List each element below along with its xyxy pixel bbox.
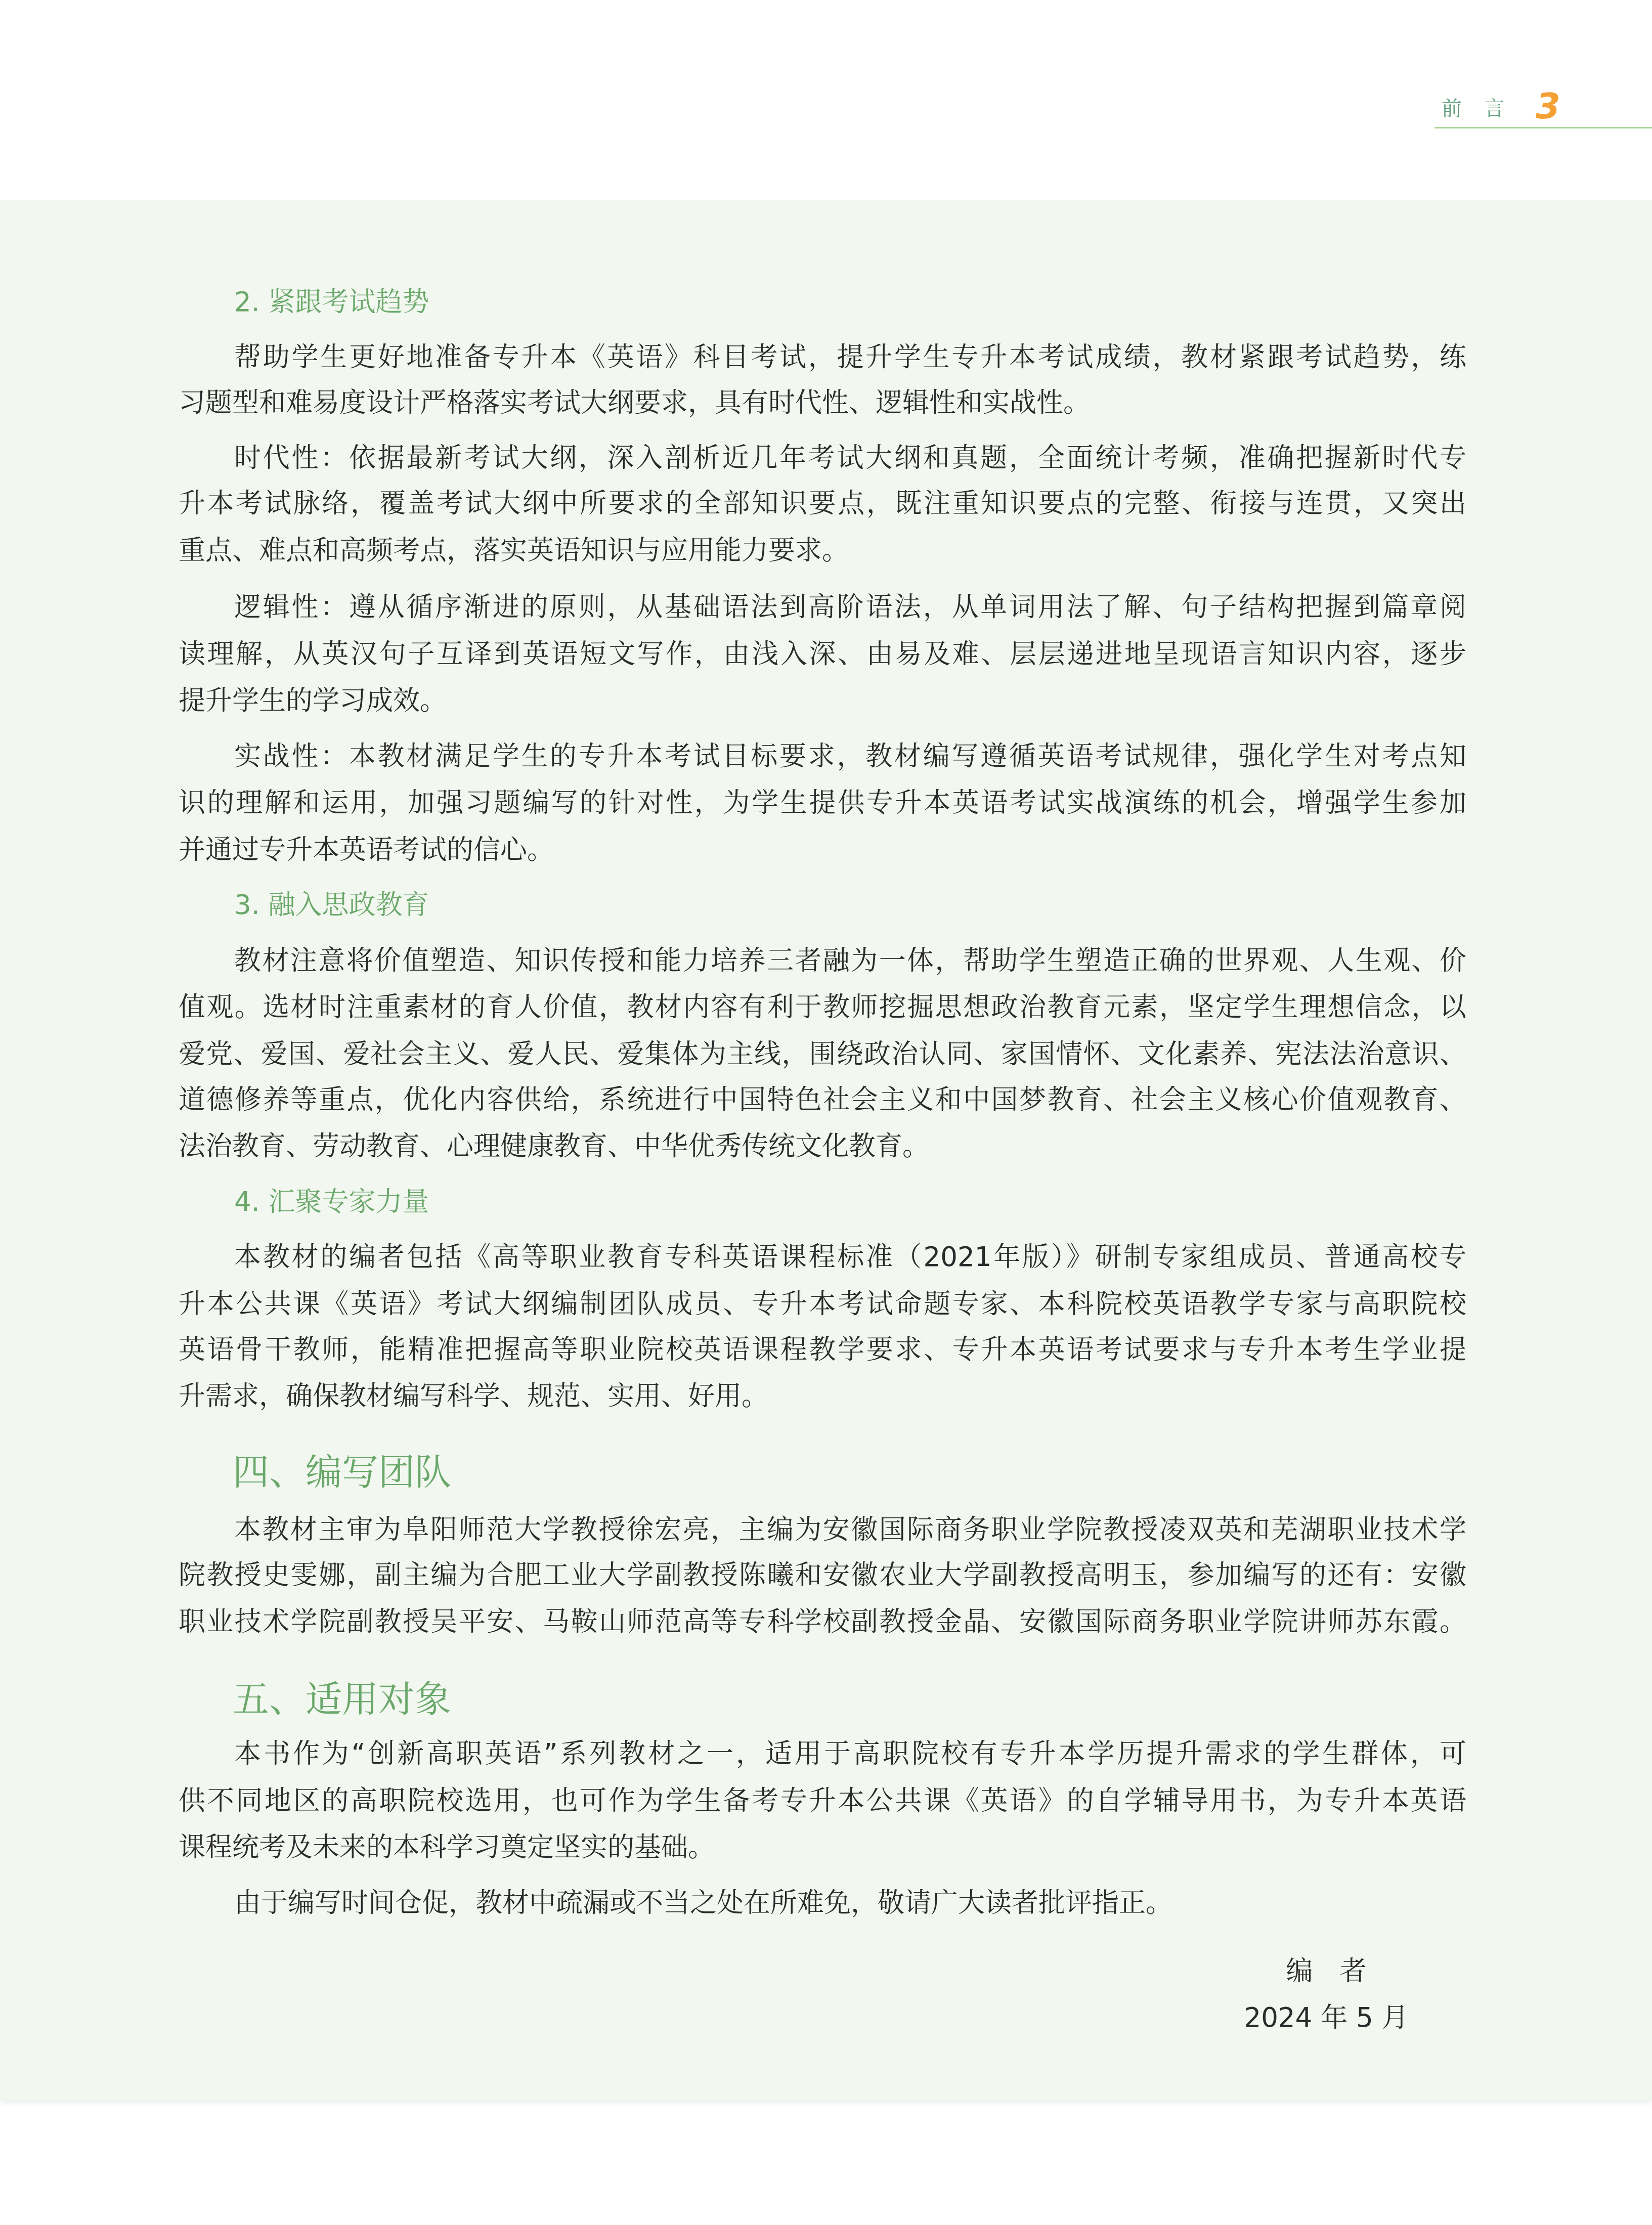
paragraph-line: 逻辑性：遵从循序渐进的原则，从基础语法到高阶语法，从单词用法了解、句子结构把握到… xyxy=(234,592,1466,623)
paragraph-line: 帮助学生更好地准备专升本《英语》科目考试，提升学生专升本考试成绩，教材紧跟考试趋… xyxy=(234,342,1466,373)
paragraph-line: 时代性：依据最新考试大纲，深入剖析近几年考试大纲和真题，全面统计考频，准确把握新… xyxy=(234,443,1466,473)
paragraph-line: 识的理解和运用，加强习题编写的针对性，为学生提供专升本英语考试实战演练的机会，增… xyxy=(179,788,1466,818)
header-section-title: 前言 xyxy=(1442,96,1527,121)
paragraph-line: 由于编写时间仓促，教材中疏漏或不当之处在所难免，敬请广大读者批评指正。 xyxy=(234,1888,1466,1918)
paragraph-line: 升需求，确保教材编写科学、规范、实用、好用。 xyxy=(179,1381,1466,1412)
subheading-ideology: 3. 融入思政教育 xyxy=(234,890,429,921)
signature-date: 2024 年 5 月 xyxy=(1225,2003,1427,2033)
paragraph-line: 本教材的编者包括《高等职业教育专科英语课程标准（2021年版）》研制专家组成员、… xyxy=(234,1242,1466,1273)
heading-target-audience: 五、适用对象 xyxy=(233,1679,451,1719)
paragraph-line: 供不同地区的高职院校选用，也可作为学生备考专升本公共课《英语》的自学辅导用书，为… xyxy=(179,1786,1466,1816)
header-rule xyxy=(1434,127,1652,128)
subheading-experts: 4. 汇聚专家力量 xyxy=(234,1187,429,1217)
paragraph-line: 本书作为“创新高职英语”系列教材之一，适用于高职院校有专升本学历提升需求的学生群… xyxy=(234,1739,1466,1769)
paragraph-line: 实战性：本教材满足学生的专升本考试目标要求，教材编写遵循英语考试规律，强化学生对… xyxy=(234,741,1466,772)
heading-writing-team: 四、编写团队 xyxy=(233,1452,451,1492)
paragraph-line: 爱党、爱国、爱社会主义、爱人民、爱集体为主线，围绕政治认同、家国情怀、文化素养、… xyxy=(179,1039,1466,1070)
paragraph-line: 本教材主审为阜阳师范大学教授徐宏亮，主编为安徽国际商务职业学院教授凌双英和芜湖职… xyxy=(234,1515,1466,1545)
paragraph-line: 并通过专升本英语考试的信心。 xyxy=(179,835,1466,865)
paragraph-line: 提升学生的学习成效。 xyxy=(179,686,1466,716)
paragraph-line: 法治教育、劳动教育、心理健康教育、中华优秀传统文化教育。 xyxy=(179,1131,1466,1162)
paragraph-line: 习题型和难易度设计严格落实考试大纲要求，具有时代性、逻辑性和实战性。 xyxy=(179,388,1466,418)
page-number: 3 xyxy=(1536,86,1560,126)
running-header: 前言 3 xyxy=(1434,81,1652,129)
paragraph-line: 教材注意将价值塑造、知识传授和能力培养三者融为一体，帮助学生塑造正确的世界观、人… xyxy=(234,946,1466,976)
paragraph-line: 英语骨干教师，能精准把握高等职业院校英语课程教学要求、专升本英语考试要求与专升本… xyxy=(179,1335,1466,1365)
signature-author: 编 者 xyxy=(1225,1956,1427,1987)
paragraph-line: 道德修养等重点，优化内容供给，系统进行中国特色社会主义和中国梦教育、社会主义核心… xyxy=(179,1085,1466,1115)
paragraph-line: 职业技术学院副教授吴平安、马鞍山师范高等专科学校副教授金晶、安徽国际商务职业学院… xyxy=(179,1607,1466,1637)
paragraph-line: 升本公共课《英语》考试大纲编制团队成员、专升本考试命题专家、本科院校英语教学专家… xyxy=(179,1289,1466,1320)
paragraph-line: 读理解，从英汉句子互译到英语短文写作，由浅入深、由易及难、层层递进地呈现语言知识… xyxy=(179,639,1466,670)
paragraph-line: 院教授史雯娜，副主编为合肥工业大学副教授陈曦和安徽农业大学副教授高明玉，参加编写… xyxy=(179,1560,1466,1591)
paragraph-line: 课程统考及未来的本科学习奠定坚实的基础。 xyxy=(179,1833,1466,1863)
paragraph-line: 值观。选材时注重素材的育人价值，教材内容有利于教师挖掘思想政治教育元素，坚定学生… xyxy=(179,992,1466,1023)
subheading-exam-trend: 2. 紧跟考试趋势 xyxy=(234,287,429,318)
paragraph-line: 升本考试脉络，覆盖考试大纲中所要求的全部知识要点，既注重知识要点的完整、衔接与连… xyxy=(179,489,1466,519)
paragraph-line: 重点、难点和高频考点，落实英语知识与应用能力要求。 xyxy=(179,536,1466,566)
